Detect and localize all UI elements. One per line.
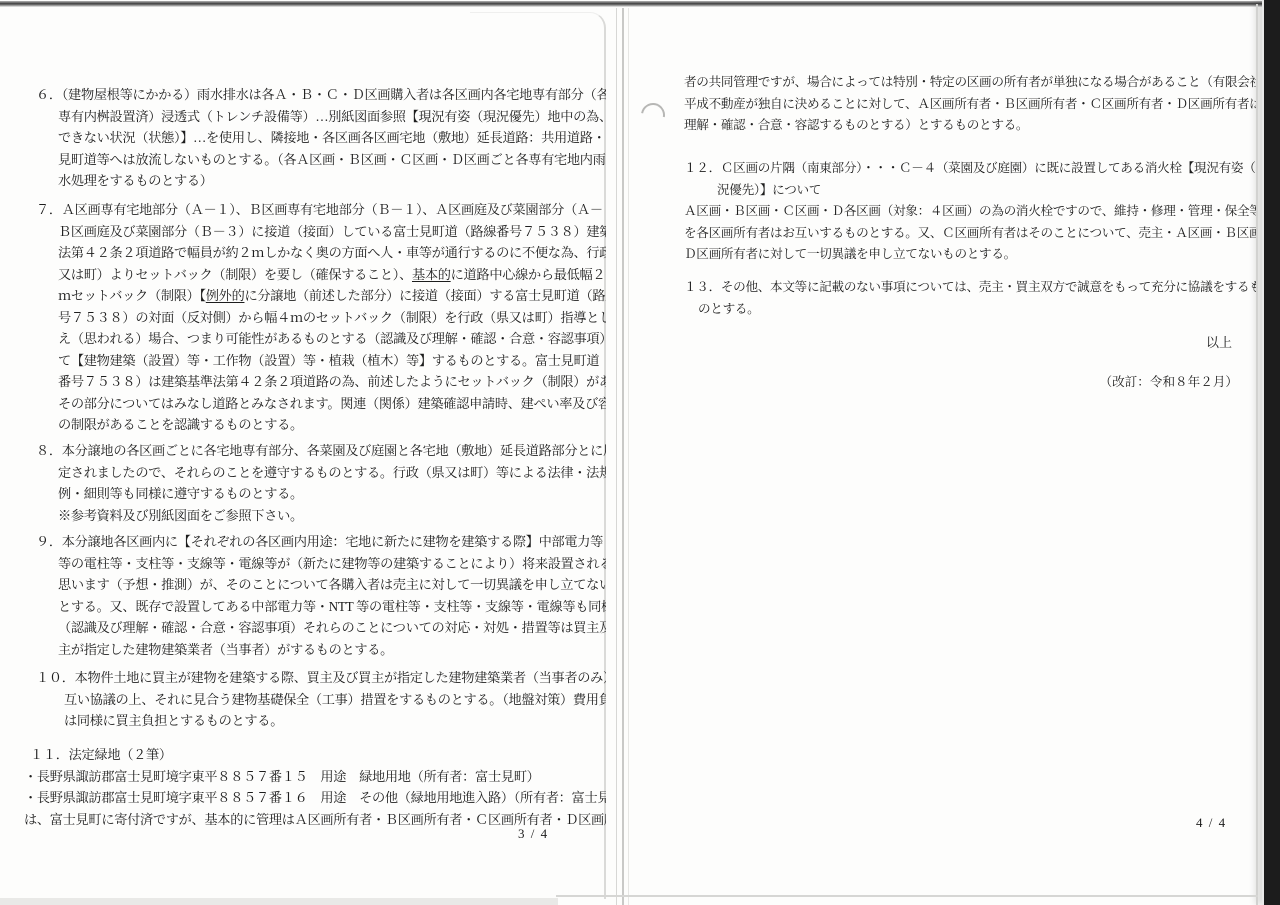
page-4: 者の共同管理ですが、場合によっては特別・特定の区画の所有者が単独になる場合がある…: [630, 0, 1256, 905]
text-line: 見町道等へは放流しないものとする。（各Ａ区画・Ｂ区画・Ｃ区画・Ｄ区画ごと各専有宅…: [36, 149, 602, 171]
text-line: ・長野県諏訪郡富士見町境字東平８８５７番１５ 用途 緑地用地（所有者：富士見町）: [24, 766, 590, 788]
text-line: 号７５３８）の対面（反対側）から幅４ｍのセットバック（制限）を行政（県又は町）指…: [36, 307, 602, 329]
text-line: は同様に買主負担とするものとする。: [36, 710, 602, 732]
text-line: 又は町）よりセットバック（制限）を要し（確保すること）、基本的に道路中心線から最…: [36, 264, 602, 286]
page-fold-line: [622, 8, 624, 905]
text-line: 理解・確認・合意・容認するものとする）とするものとする。: [684, 115, 1250, 137]
text-line: １１．法定緑地（２筆）: [24, 744, 590, 766]
page-fold-line: [628, 8, 629, 905]
text-line: とする。又、既存で設置してある中部電力等・NTT 等の電柱等・支柱等・支線等・電…: [36, 596, 602, 618]
text-line: のとする。: [684, 299, 1250, 321]
clause-12: １２．Ｃ区画の片隅（南東部分）・・・Ｃ－４（菜園及び庭園）に既に設置してある消火…: [684, 158, 1250, 266]
page-fold-line: [616, 8, 617, 905]
scanner-edge-right: [1262, 0, 1280, 905]
text-line: て【建物建築（設置）等・工作物（設置）等・植栽（植木）等】するものとする。富士見…: [36, 350, 602, 372]
text-line: 等の電柱等・支柱等・支線等・電線等が（新たに建物等の建築することにより）将来設置…: [36, 553, 602, 575]
page-number: 4 / 4: [1196, 815, 1227, 831]
text-line: は、富士見町に寄付済ですが、基本的に管理はＡ区画所有者・Ｂ区画所有者・Ｃ区画所有…: [24, 809, 590, 831]
clause-11: １１．法定緑地（２筆） ・長野県諏訪郡富士見町境字東平８８５７番１５ 用途 緑地…: [24, 744, 590, 830]
text-line: 況優先）】について: [684, 180, 1250, 202]
text-line: ６．（建物屋根等にかかる）雨水排水は各Ａ・Ｂ・Ｃ・Ｄ区画購入者は各区画内各宅地専…: [36, 84, 602, 106]
text-line: １３．その他、本文等に記載のない事項については、売主・買主双方で誠意をもって充分…: [684, 277, 1250, 299]
text-line: １０．本物件土地に買主が建物を建築する際、買主及び買主が指定した建物建築業者（当…: [36, 667, 602, 689]
clause-11-continuation: 者の共同管理ですが、場合によっては特別・特定の区画の所有者が単独になる場合がある…: [684, 72, 1250, 137]
text-line: を各区画所有者はお互いするものとする。又、Ｃ区画所有者はそのことについて、売主・…: [684, 223, 1250, 245]
text-line: 思います（予想・推測）が、そのことについて各購入者は売主に対して一切異議を申し立…: [36, 574, 602, 596]
text-line: Ｄ区画所有者に対して一切異議を申し立てないものとする。: [684, 244, 1250, 266]
text-line: ・長野県諏訪郡富士見町境字東平８８５７番１６ 用途 その他（緑地用地進入路）（所…: [24, 787, 590, 809]
clause-7: ７．Ａ区画専有宅地部分（Ａ－１）、Ｂ区画専有宅地部分（Ｂ－１）、Ａ区画庭及び菜園…: [36, 199, 602, 436]
text-line: 平成不動産が独自に決めることに対して、Ａ区画所有者・Ｂ区画所有者・Ｃ区画所有者・…: [684, 94, 1250, 116]
text-line: 番号７５３８）は建築基準法第４２条２項道路の為、前述したようにセットバック（制限…: [36, 371, 602, 393]
page-number: 3 / 4: [518, 826, 549, 842]
text-line: 例・細則等も同様に遵守するものとする。: [36, 483, 602, 505]
text-line: 法第４２条２項道路で幅員が約２ｍしかなく奥の方面へ人・車等が通行するのに不便な為…: [36, 242, 602, 264]
revision-note: （改訂：令和８年２月）: [684, 371, 1238, 390]
scanned-document: ６．（建物屋根等にかかる）雨水排水は各Ａ・Ｂ・Ｃ・Ｄ区画購入者は各区画内各宅地専…: [0, 0, 1280, 905]
page-3: ６．（建物屋根等にかかる）雨水排水は各Ａ・Ｂ・Ｃ・Ｄ区画購入者は各区画内各宅地専…: [0, 0, 606, 905]
text-line: ９．本分譲地各区画内に【それぞれの各区画内用途：宅地に新たに建物を建築する際】中…: [36, 531, 602, 553]
right-page-edge-shadow: [1256, 4, 1258, 905]
text-line: ｍセットバック（制限）【例外的に分譲地（前述した部分）に接道（接面）する富士見町…: [36, 285, 602, 307]
text-line: （認識及び理解・確認・合意・容認事項）それらのことについての対応・対処・措置等は…: [36, 617, 602, 639]
text-line: 専有内桝設置済）浸透式（トレンチ設備等）…別紙図面参照【現況有姿（現況優先）地中…: [36, 106, 602, 128]
text-line: その部分についてはみなし道路とみなされます。関連（関係）建築確認申請時、建ぺい率…: [36, 393, 602, 415]
text-line: ８．本分譲地の各区画ごとに各宅地専有部分、各菜園及び庭園と各宅地（敷地）延長道路…: [36, 440, 602, 462]
clause-6: ６．（建物屋根等にかかる）雨水排水は各Ａ・Ｂ・Ｃ・Ｄ区画購入者は各区画内各宅地専…: [36, 84, 602, 192]
text-line: ※参考資料及び別紙図面をご参照下さい。: [36, 505, 602, 527]
clause-10: １０．本物件土地に買主が建物を建築する際、買主及び買主が指定した建物建築業者（当…: [36, 667, 602, 732]
text-line: 主が指定した建物建築業者（当事者）がするものとする。: [36, 639, 602, 661]
clause-8: ８．本分譲地の各区画ごとに各宅地専有部分、各菜園及び庭園と各宅地（敷地）延長道路…: [36, 440, 602, 526]
text-line: の制限があることを認識するものとする。: [36, 414, 602, 436]
text-line: Ｂ区画庭及び菜園部分（Ｂ－３）に接道（接面）している富士見町道（路線番号７５３８…: [36, 221, 602, 243]
clause-9: ９．本分譲地各区画内に【それぞれの各区画内用途：宅地に新たに建物を建築する際】中…: [36, 531, 602, 660]
clause-13: １３．その他、本文等に記載のない事項については、売主・買主双方で誠意をもって充分…: [684, 277, 1250, 320]
text-line: 水処理をするものとする）: [36, 170, 602, 192]
text-line: ７．Ａ区画専有宅地部分（Ａ－１）、Ｂ区画専有宅地部分（Ｂ－１）、Ａ区画庭及び菜園…: [36, 199, 602, 221]
text-line: 定されましたので、それらのことを遵守するものとする。行政（県又は町）等による法律…: [36, 462, 602, 484]
text-line: できない状況（状態）】…を使用し、隣接地・各区画各区画宅地（敷地）延長道路：共用…: [36, 127, 602, 149]
text-line: 互い協議の上、それに見合う建物基礎保全（工事）措置をするものとする。（地盤対策）…: [36, 689, 602, 711]
text-line: Ａ区画・Ｂ区画・Ｃ区画・Ｄ各区画（対象：４区画）の為の消火栓ですので、維持・修理…: [684, 201, 1250, 223]
text-line: １２．Ｃ区画の片隅（南東部分）・・・Ｃ－４（菜園及び庭園）に既に設置してある消火…: [684, 158, 1250, 180]
text-line: 者の共同管理ですが、場合によっては特別・特定の区画の所有者が単独になる場合がある…: [684, 72, 1250, 94]
text-line: え（思われる）場合、つまり可能性があるものとする（認識及び理解・確認・合意・容認…: [36, 328, 602, 350]
closing-ijou: 以上: [684, 332, 1232, 351]
